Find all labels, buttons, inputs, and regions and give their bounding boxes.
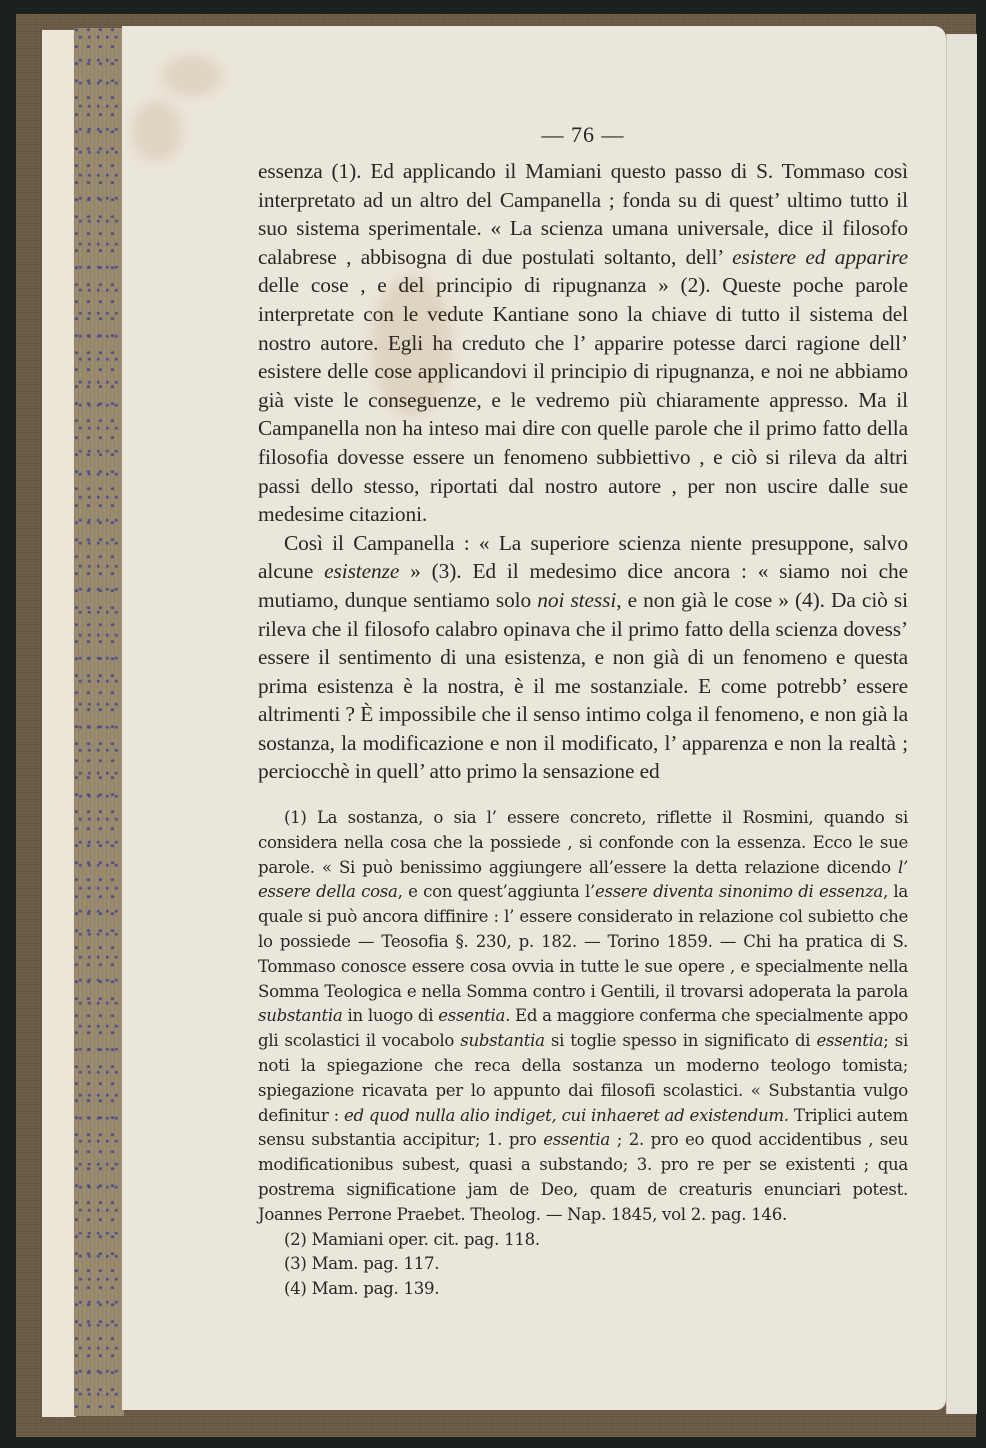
italic-text: essentia bbox=[543, 1130, 610, 1149]
next-page-edge bbox=[946, 34, 977, 1414]
text-run: Mamiani oper. cit. pag. 118. bbox=[307, 1230, 540, 1249]
text-run: , e non già le cose » (4). Da ciò si ril… bbox=[258, 588, 908, 784]
italic-text: essentia bbox=[438, 1006, 505, 1025]
footnote-marker: (1) bbox=[284, 808, 307, 827]
page-number: — 76 — bbox=[258, 122, 908, 148]
footnote: (1) La sostanza, o sia l’ essere concret… bbox=[258, 806, 908, 1228]
text-run: si toglie spesso in significato di bbox=[545, 1031, 817, 1050]
italic-text: essere diventa sinonimo di essenza bbox=[595, 882, 883, 901]
endpaper bbox=[42, 30, 76, 1417]
paragraph: Così il Campanella : « La superiore scie… bbox=[258, 529, 908, 786]
paragraph: essenza (1). Ed applicando il Mamiani qu… bbox=[258, 157, 908, 529]
italic-text: esistere ed apparire bbox=[732, 245, 908, 269]
italic-text: substantia bbox=[460, 1031, 544, 1050]
italic-text: noi stessi bbox=[537, 588, 616, 612]
italic-text: essentia bbox=[816, 1031, 883, 1050]
main-text: essenza (1). Ed applicando il Mamiani qu… bbox=[258, 157, 908, 786]
foxing-stain bbox=[162, 56, 222, 96]
binding-strip bbox=[74, 28, 124, 1416]
text-run: delle cose , e del principio di ripugnan… bbox=[258, 273, 908, 526]
footnote: (4) Mam. pag. 139. bbox=[258, 1277, 908, 1302]
text-run: La sostanza, o sia l’ essere concreto, r… bbox=[258, 808, 908, 877]
footnotes: (1) La sostanza, o sia l’ essere concret… bbox=[258, 806, 908, 1302]
text-run: in luogo di bbox=[342, 1006, 438, 1025]
footnote-marker: (2) bbox=[284, 1230, 307, 1249]
foxing-stain bbox=[132, 101, 182, 161]
footnote-marker: (4) bbox=[284, 1279, 307, 1298]
italic-text: ed quod nulla alio indiget, cui inhaeret… bbox=[344, 1106, 789, 1125]
text-run: , e con quest’aggiunta l’ bbox=[398, 882, 595, 901]
italic-text: substantia bbox=[258, 1006, 342, 1025]
footnote: (2) Mamiani oper. cit. pag. 118. bbox=[258, 1228, 908, 1253]
text-run: Mam. pag. 139. bbox=[307, 1279, 440, 1298]
footnote-marker: (3) bbox=[284, 1254, 307, 1273]
text-run: Mam. pag. 117. bbox=[307, 1254, 440, 1273]
italic-text: esistenze bbox=[324, 559, 399, 583]
footnote: (3) Mam. pag. 117. bbox=[258, 1252, 908, 1277]
